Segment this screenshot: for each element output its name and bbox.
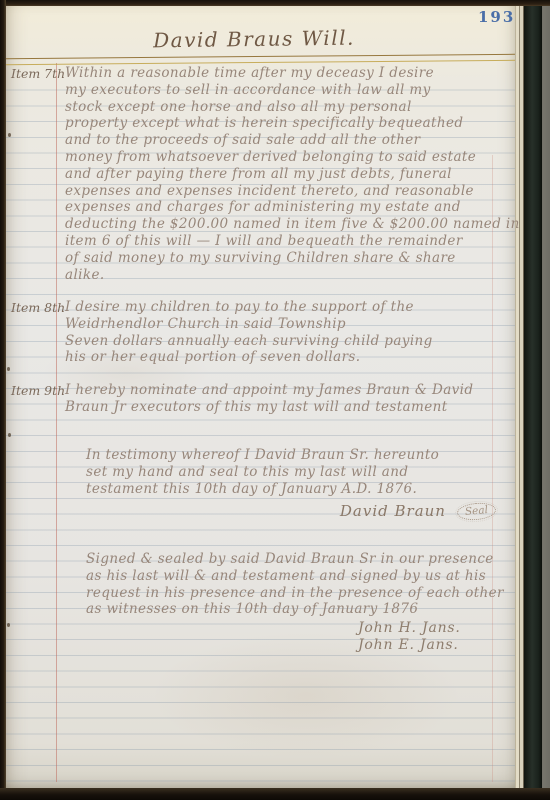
handwritten-line: as his last will & and testament and sig… — [86, 568, 516, 585]
handwritten-line: request in his presence and in the prese… — [86, 585, 516, 602]
signature-row: David Braun Seal — [86, 501, 506, 522]
title-underline-rule — [6, 54, 515, 65]
handwritten-line: money from whatsoever derived belonging … — [65, 149, 506, 166]
attestation-text: Signed & sealed by said David Braun Sr i… — [86, 551, 516, 618]
will-item-9: Item 9th I hereby nominate and appoint m… — [6, 382, 506, 416]
testimony-text: In testimony whereof I David Braun Sr. h… — [86, 447, 506, 498]
handwritten-line: my executors to sell in accordance with … — [65, 82, 506, 99]
item-7-text: Within a reasonable time after my deceas… — [65, 65, 506, 283]
book-cover-edge — [524, 0, 542, 800]
witness-signatures: John H. Jans.John E. Jans. — [358, 620, 516, 654]
handwritten-line: Signed & sealed by said David Braun Sr i… — [86, 551, 516, 568]
handwritten-line: and to the proceeds of said sale add all… — [65, 132, 506, 149]
book-bottom-edge — [0, 788, 550, 800]
handwritten-line: stock except one horse and also all my p… — [65, 99, 506, 116]
handwritten-line: his or her equal portion of seven dollar… — [65, 349, 506, 366]
seal-mark: Seal — [454, 499, 499, 524]
item-7-label: Item 7th — [11, 66, 61, 81]
testimony-clause: In testimony whereof I David Braun Sr. h… — [86, 447, 506, 522]
attestation-clause: Signed & sealed by said David Braun Sr i… — [86, 551, 516, 654]
handwritten-line: deducting the $200.00 named in item five… — [65, 216, 506, 233]
handwritten-line: and after paying there from all my just … — [65, 166, 506, 183]
handwritten-line: I desire my children to pay to the suppo… — [65, 299, 506, 316]
item-9-label: Item 9th — [11, 383, 61, 398]
ledger-page: 193 David Braus Will. Item 7th Within a … — [6, 5, 515, 790]
will-item-8: Item 8th I desire my children to pay to … — [6, 299, 506, 366]
handwritten-line: of said money to my surviving Children s… — [65, 250, 506, 267]
handwritten-line: Within a reasonable time after my deceas… — [65, 65, 506, 82]
handwritten-line: expenses and expenses incident thereto, … — [65, 183, 506, 200]
book-left-edge — [0, 0, 6, 800]
item-8-text: I desire my children to pay to the suppo… — [65, 299, 506, 366]
handwritten-line: item 6 of this will — I will and bequeat… — [65, 233, 506, 250]
handwritten-line: as witnesses on this 10th day of January… — [86, 601, 516, 618]
handwritten-line: Seven dollars annually each surviving ch… — [65, 333, 506, 350]
item-9-text: I hereby nominate and appoint my James B… — [65, 382, 506, 416]
page-title: David Braus Will. — [134, 25, 374, 52]
record-book-photo: 193 David Braus Will. Item 7th Within a … — [0, 0, 550, 800]
item-8-label: Item 8th — [11, 300, 61, 315]
handwritten-line: expenses and charges for administering m… — [65, 199, 506, 216]
handwritten-line: property except what is herein specifica… — [65, 115, 506, 132]
testator-signature: David Braun — [340, 503, 446, 520]
handwritten-line: alike. — [65, 267, 506, 284]
handwritten-line: I hereby nominate and appoint my James B… — [65, 382, 506, 399]
handwritten-line: Weidrhendlor Church in said Township — [65, 316, 506, 333]
handwritten-line: Braun Jr executors of this my last will … — [65, 399, 506, 416]
will-item-7: Item 7th Within a reasonable time after … — [6, 65, 506, 283]
page-number: 193 — [478, 8, 515, 26]
witness-signature: John E. Jans. — [358, 637, 516, 654]
witness-signature: John H. Jans. — [358, 620, 516, 637]
handwritten-line: set my hand and seal to this my last wil… — [86, 464, 506, 481]
book-top-edge — [0, 0, 550, 6]
handwritten-line: In testimony whereof I David Braun Sr. h… — [86, 447, 506, 464]
handwritten-line: testament this 10th day of January A.D. … — [86, 481, 506, 498]
